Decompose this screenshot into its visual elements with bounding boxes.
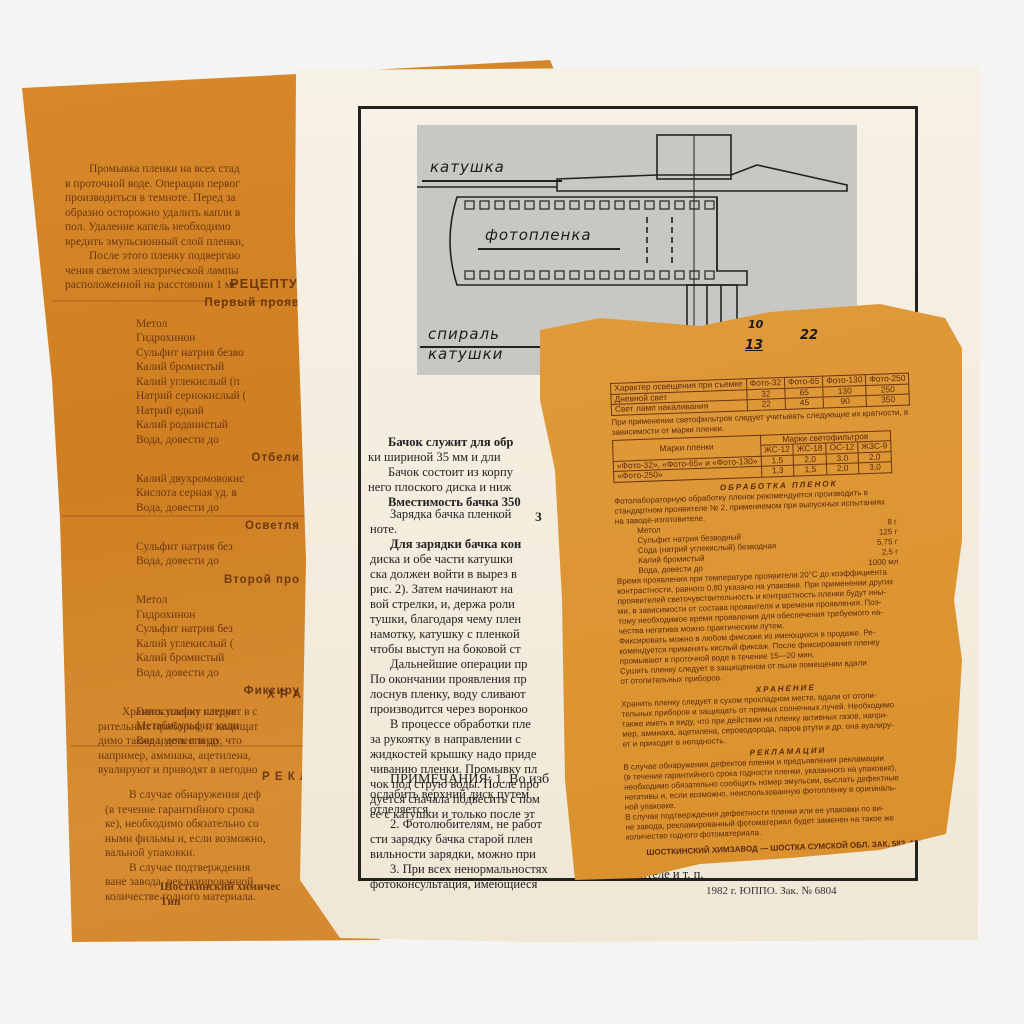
recipe-ingredient: Калий роданистый (128, 418, 300, 433)
intro-line: него плоского диска и ниж (368, 480, 521, 495)
table-cell: 90 (823, 396, 866, 408)
body-line: тушки, благодаря чему плен (370, 612, 540, 627)
orange-footer: Шосткинский химичесТип (160, 880, 281, 909)
table-header-cell: Фото-65 (784, 376, 823, 388)
exposure-table-block: Характер освещения при съемкеФото-32Фото… (610, 371, 956, 858)
label-reel: катушка (430, 158, 505, 176)
recipe-ingredient: Калий двухромовокис (128, 472, 300, 487)
recipe-ingredient: Калий углекислый ( (128, 637, 300, 652)
storage-line: рительных приборов, и защищат (98, 720, 258, 735)
tank-intro-text: Бачок служит для обрки шириной 35 мм и д… (368, 435, 521, 510)
handwritten-note-middle: 13 (745, 338, 763, 353)
claims-heading: Р Е К Л (262, 770, 302, 785)
recipe-ingredient: Калий бромистый (128, 651, 300, 666)
table-cell: 350 (866, 394, 909, 406)
body-line: Зарядка бачка пленкой (370, 507, 540, 522)
recipe-section-title: Первый прояв (128, 296, 300, 311)
table-header-cell: ЖС-12 (760, 444, 793, 456)
recipe-ingredient: Калий бромистый (128, 360, 300, 375)
table-cell: 2,0 (827, 463, 859, 475)
recipe-section-title: Второй про (128, 573, 300, 588)
table-cell: 3,0 (858, 462, 891, 474)
intro-line: Бачок служит для обр (368, 435, 521, 450)
recipe-amount: 125 г (879, 527, 898, 538)
recipe-ingredient: Сульфит натрия безво (128, 346, 300, 361)
table-cell: 22 (747, 398, 786, 410)
recipe-ingredient: Метол (128, 317, 300, 332)
paragraph-line: чения светом электрической лампы (65, 264, 244, 279)
label-film: фотопленка (485, 226, 592, 244)
claims-line: В случае обнаружения деф (105, 788, 266, 803)
print-imprint: 1982 г. ЮППО. Зак. № 6804 (706, 885, 837, 897)
notes-line: 2. Фотолюбителям, не работ (370, 817, 549, 832)
intro-line: Бачок состоит из корпу (368, 465, 521, 480)
notes-line: отделяется. (370, 802, 549, 817)
footer-line: Тип (160, 895, 281, 910)
recipe-ingredient: Гидрохинон (128, 331, 300, 346)
body-line: По окончании проявления пр (370, 672, 540, 687)
paragraph-line: После этого пленку подвергаю (65, 249, 244, 264)
recipe-ingredient: Вода, довести до (128, 501, 300, 516)
claims-line: (в течение гарантийного срока (105, 803, 266, 818)
paragraph-line: вредить эмульсионный слой пленки, (65, 235, 244, 250)
handwritten-note-top: 10 (748, 318, 763, 331)
tank-notes-text: ПРИМЕЧАНИЯ: 1. Во избослабить верхний ди… (370, 772, 549, 892)
footer-line: Шосткинский химичес (160, 880, 281, 895)
body-line: вой стрелки, и, держа роли (370, 597, 540, 612)
storage-paragraph: Хранить пленку следует в срительных приб… (98, 705, 258, 778)
developer-recipe: Метол8 гСульфит натрия безводный125 гСод… (637, 517, 899, 576)
body-line: рис. 2). Затем начинают на (370, 582, 540, 597)
claims-line: вальной упаковки. (105, 846, 266, 861)
notes-heading: ПРИМЕЧАНИЯ: 1. Во изб (370, 772, 549, 787)
body-line: Для зарядки бачка кон (370, 537, 540, 552)
table-cell: 1,5 (794, 464, 827, 476)
claims-text: В случае обнаружения дефектов пленки и п… (623, 751, 956, 842)
body-line: намотку, катушку с пленкой (370, 627, 540, 642)
recipe-amount: 2,5 г (882, 547, 899, 558)
table-header-cell: Фото-250 (866, 373, 909, 385)
recipe-section-title: Осветля (128, 519, 300, 534)
recipe-heading: РЕЦЕПТУРА (230, 277, 300, 292)
filter-table: Марки пленкиМарки светофильтровЖС-12ЖС-1… (612, 430, 892, 483)
claims-line: В случае подтверждения (105, 861, 266, 876)
paragraph-line: пол. Удаление капель необходимо (65, 220, 244, 235)
notes-line: фотоконсультация, имеющиеся (370, 877, 549, 892)
leader-line (422, 180, 562, 182)
storage-heading: Х Р А (262, 688, 302, 703)
recipe-ingredient: Метол (128, 593, 300, 608)
body-line: В процессе обработки пле (370, 717, 540, 732)
body-line: ноте. (370, 522, 540, 537)
table-header-cell: ЖЗС-9 (858, 441, 891, 453)
paragraph-line: в проточной воде. Операции первог (65, 177, 244, 192)
body-line: диска и обе части катушки (370, 552, 540, 567)
claims-line: ными фильмы и, если возможно, (105, 832, 266, 847)
notes-line: ослабить верхний диск путем (370, 787, 549, 802)
paragraph-line: Промывка пленки на всех стад (65, 162, 244, 177)
storage-line: вуалируют и приводят в негодно (98, 763, 258, 778)
body-line: лоснув пленку, воду сливают (370, 687, 540, 702)
table-cell: 1,3 (761, 465, 794, 477)
notes-line: 3. При всех ненормальностях (370, 862, 549, 877)
table-header-cell: Фото-32 (746, 377, 785, 389)
recipe-ingredient: Вода, довести до (128, 554, 300, 569)
storage-line: например, аммиака, ацетилена, (98, 749, 258, 764)
recipe-section-title: Отбели (128, 451, 300, 466)
notes-line: сти зарядку бачка старой плен (370, 832, 549, 847)
body-line: ска должен войти в вырез в (370, 567, 540, 582)
intro-line: ки шириной 35 мм и дли (368, 450, 521, 465)
recipe-ingredient: Сульфит натрия без (128, 540, 300, 555)
claims-heading-text: Р Е К Л (262, 770, 302, 785)
recipe-ingredient: Натрий едкий (128, 404, 300, 419)
body-line: за рукоятку в направлении с (370, 732, 540, 747)
recipe-ingredient: Кислота серная уд. в (128, 486, 300, 501)
recipe-ingredient: Калий углекислый (п (128, 375, 300, 390)
paragraph-line: производиться в темноте. Перед за (65, 191, 244, 206)
body-line: производится через воронкоо (370, 702, 540, 717)
recipe-amount: 1000 мл (868, 557, 899, 568)
handwritten-note-right: 22 (800, 328, 818, 343)
developing-text: Время проявления при температуре проявит… (617, 565, 951, 686)
body-line: чтобы выступ на боковой ст (370, 642, 540, 657)
paragraph-line: образно осторожно удалить капли в (65, 206, 244, 221)
notes-line: вильности зарядки, можно при (370, 847, 549, 862)
recipe-ingredient: Вода, довести до (128, 666, 300, 681)
recipe-ingredient: Гидрохинон (128, 608, 300, 623)
storage-heading-text: Х Р А (262, 688, 302, 703)
recipe-ingredient: Натрий сернокислый ( (128, 389, 300, 404)
recipe-amount: 8 г (887, 517, 897, 527)
leader-line (478, 248, 620, 250)
recipe-sections: Первый проявМетолГидрохинонСульфит натри… (128, 292, 300, 748)
body-line: Дальнейшие операции пр (370, 657, 540, 672)
paragraph-line: расположенной на расстоянии 1 ме (65, 278, 244, 293)
recipe-ingredient: Вода, довести до (128, 433, 300, 448)
storage-line: димо также иметь в виду, что (98, 734, 258, 749)
storage-line: Хранить пленку следует в с (98, 705, 258, 720)
table-header-cell: Фото-130 (823, 375, 866, 387)
claims-line: ке), необходимо обязательно со (105, 817, 266, 832)
label-spiral: спираль (428, 325, 500, 343)
recipe-ingredient: Сульфит натрия без (128, 622, 300, 637)
orange-paragraph: Промывка пленки на всех стадв проточной … (65, 162, 244, 293)
label-spiral-reel: катушки (428, 345, 503, 363)
recipe-heading-text: РЕЦЕПТУРА (230, 277, 300, 292)
body-line: жидкостей крышку надо приде (370, 747, 540, 762)
table-header-cell: ЖС-18 (793, 443, 826, 455)
table-cell: 45 (785, 397, 824, 409)
table-header-cell: ОС-12 (826, 442, 858, 454)
storage-text: Хранить пленку следует в сухом прохладно… (621, 688, 953, 749)
